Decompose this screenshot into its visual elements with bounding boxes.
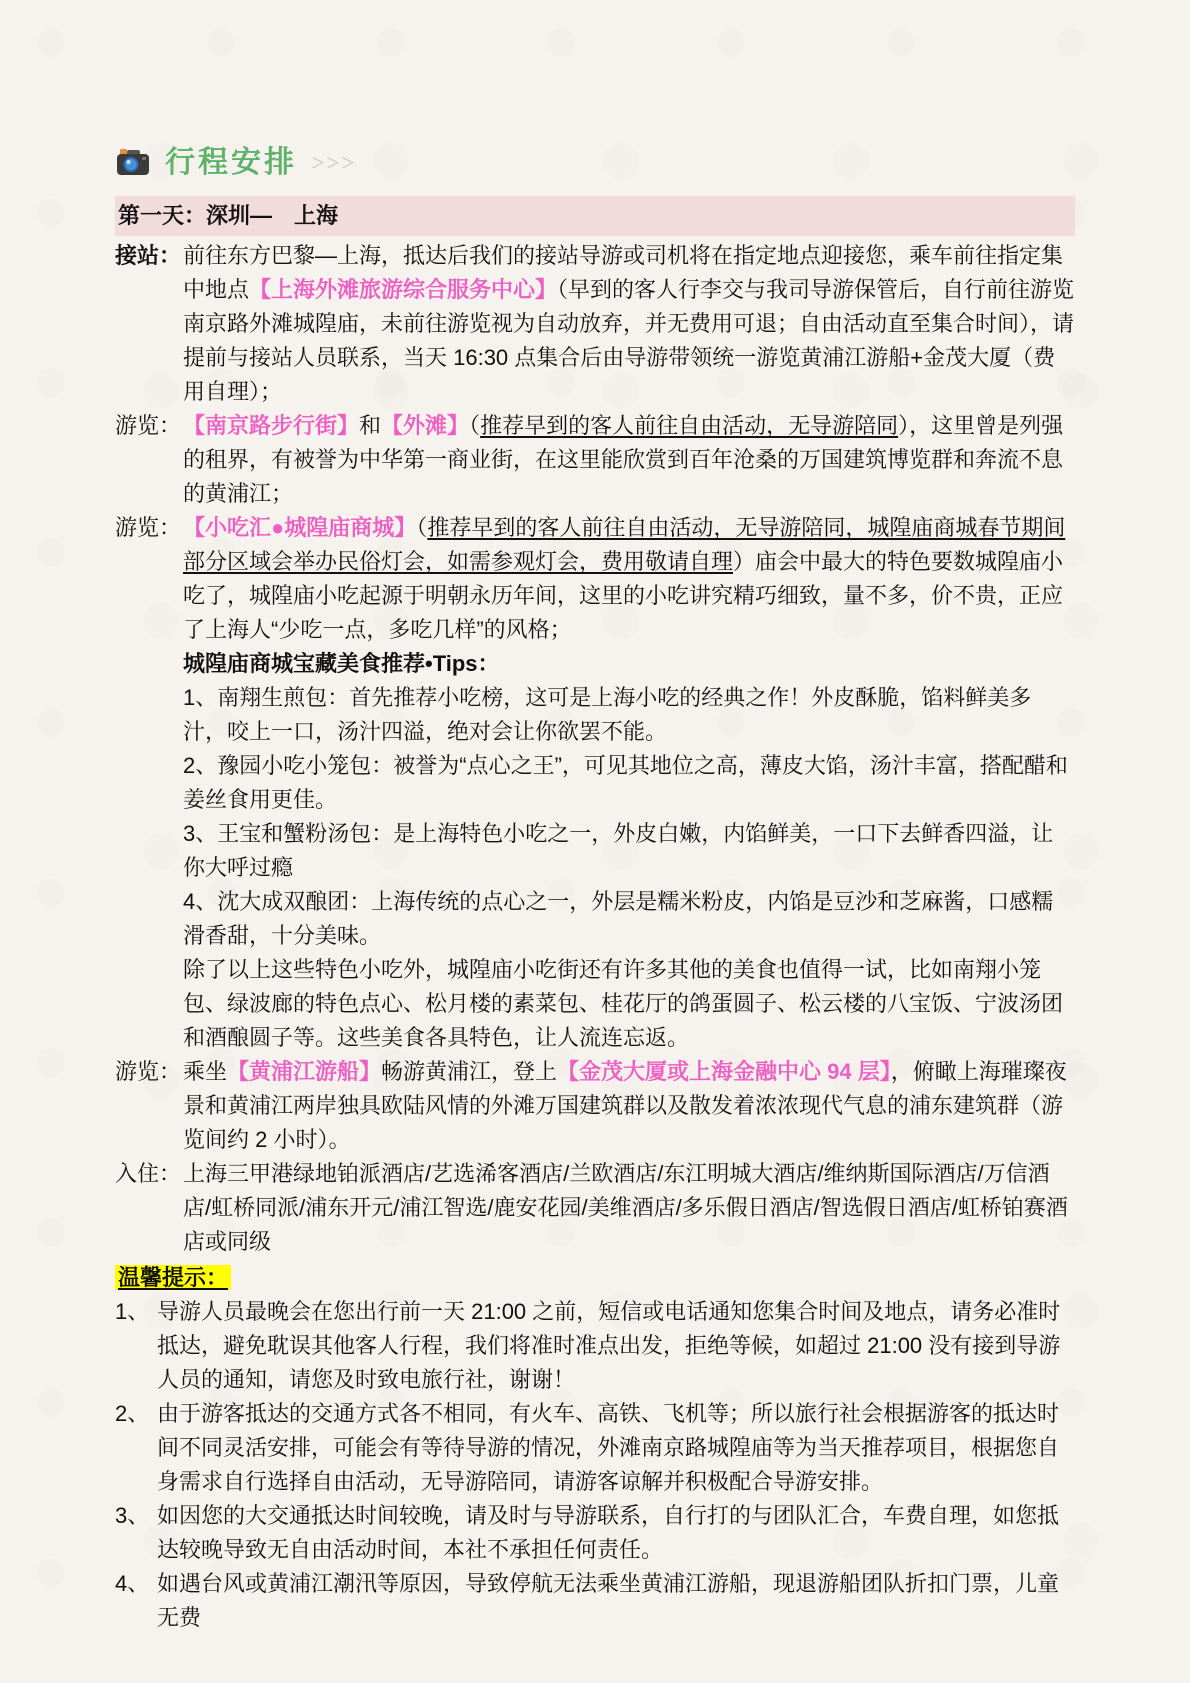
tour3-pre: 乘坐 (183, 1059, 227, 1084)
pickup-venue-highlight: 【上海外滩旅游综合服务中心】 (249, 277, 557, 302)
tour-row-huangpu-cruise: 游览： 乘坐【黄浦江游船】畅游黄浦江，登上【金茂大厦或上海金融中心 94 层】，… (115, 1055, 1075, 1157)
pickup-label: 接站： (115, 239, 183, 409)
hotel-list: 上海三甲港绿地铂派酒店/艺选浠客酒店/兰欧酒店/东江明城大酒店/维纳斯国际酒店/… (183, 1157, 1075, 1259)
tour2-spot-snack-mall: 【小吃汇●城隍庙商城】 (183, 515, 416, 540)
tour1-and: 和 (359, 413, 381, 438)
hotel-row: 入住： 上海三甲港绿地铂派酒店/艺选浠客酒店/兰欧酒店/东江明城大酒店/维纳斯国… (115, 1157, 1075, 1259)
notice-item-1-num: 1、 (115, 1295, 157, 1397)
tour1-underlined-note: 推荐早到的客人前往自由活动，无导游陪同 (480, 413, 898, 438)
notice-item-1-text: 导游人员最晚会在您出行前一天 21:00 之前，短信或电话通知您集合时间及地点，… (157, 1295, 1075, 1397)
notice-item-2-text: 由于游客抵达的交通方式各不相同，有火车、高铁、飞机等；所以旅行社会根据游客的抵达… (157, 1397, 1075, 1499)
tour2-label: 游览： (115, 511, 183, 647)
day-banner: 第一天：深圳— 上海 (115, 196, 1075, 236)
notice-item-4-num: 4、 (115, 1567, 157, 1635)
itinerary-page: 行程安排 ＞＞＞ 第一天：深圳— 上海 接站： 前往东方巴黎—上海，抵达后我们的… (0, 0, 1190, 1635)
notice-item-4-text: 如遇台风或黄浦江潮汛等原因，导致停航无法乘坐黄浦江游船，现退游船团队折扣门票，儿… (157, 1567, 1075, 1635)
tour2-content: 【小吃汇●城隍庙商城】（推荐早到的客人前往自由活动，无导游陪同，城隍庙商城春节期… (183, 511, 1075, 647)
food-tip-item-4: 4、沈大成双酿团：上海传统的点心之一，外层是糯米粉皮，内馅是豆沙和芝麻酱，口感糯… (183, 885, 1075, 953)
tour-row-nanjing-bund: 游览： 【南京路步行街】和【外滩】（推荐早到的客人前往自由活动，无导游陪同），这… (115, 409, 1075, 511)
food-tip-item-1: 1、南翔生煎包：首先推荐小吃榜，这可是上海小吃的经典之作！外皮酥脆，馅料鲜美多汁… (183, 681, 1075, 749)
camera-icon (115, 147, 151, 179)
tour1-spot-bund: 【外滩】 (381, 413, 469, 438)
food-tip-item-3: 3、王宝和蟹粉汤包：是上海特色小吃之一，外皮白嫩，内馅鲜美，一口下去鲜香四溢，让… (183, 817, 1075, 885)
notice-title-highlight: 温馨提示： (115, 1265, 231, 1290)
food-tip-item-2: 2、豫园小吃小笼包：被誉为“点心之王”，可见其地位之高，薄皮大馅，汤汁丰富，搭配… (183, 749, 1075, 817)
tour-row-chenghuang-mall: 游览： 【小吃汇●城隍庙商城】（推荐早到的客人前往自由活动，无导游陪同，城隍庙商… (115, 511, 1075, 647)
tour1-paren: （ (469, 413, 480, 438)
tour1-content: 【南京路步行街】和【外滩】（推荐早到的客人前往自由活动，无导游陪同），这里曾是列… (183, 409, 1075, 511)
notice-item-3: 3、 如因您的大交通抵达时间较晚，请及时与导游联系，自行打的与团队汇合，车费自理… (115, 1499, 1075, 1567)
notice-item-1: 1、 导游人员最晚会在您出行前一天 21:00 之前，短信或电话通知您集合时间及… (115, 1295, 1075, 1397)
tour1-spot-nanjing-road: 【南京路步行街】 (183, 413, 359, 438)
section-header: 行程安排 ＞＞＞ (115, 140, 1075, 186)
tour2-paren: （ (416, 515, 427, 540)
notice-item-4: 4、 如遇台风或黄浦江潮汛等原因，导致停航无法乘坐黄浦江游船，现退游船团队折扣门… (115, 1567, 1075, 1635)
food-tips-closing: 除了以上这些特色小吃外，城隍庙小吃街还有许多其他的美食也值得一试，比如南翔小笼包… (183, 953, 1075, 1055)
notice-item-3-text: 如因您的大交通抵达时间较晚，请及时与导游联系，自行打的与团队汇合，车费自理，如您… (157, 1499, 1075, 1567)
tour3-label: 游览： (115, 1055, 183, 1157)
page-title: 行程安排 (165, 146, 297, 180)
notice-item-2: 2、 由于游客抵达的交通方式各不相同，有火车、高铁、飞机等；所以旅行社会根据游客… (115, 1397, 1075, 1499)
food-tips-title: 城隍庙商城宝藏美食推荐•Tips： (183, 647, 1075, 681)
notice-item-2-num: 2、 (115, 1397, 157, 1499)
pickup-row: 接站： 前往东方巴黎—上海，抵达后我们的接站导游或司机将在指定地点迎接您，乘车前… (115, 239, 1075, 409)
tour1-label: 游览： (115, 409, 183, 511)
notice-item-3-num: 3、 (115, 1499, 157, 1567)
tour3-spot-cruise: 【黄浦江游船】 (227, 1059, 381, 1084)
tour3-mid: 畅游黄浦江，登上 (381, 1059, 557, 1084)
tour3-content: 乘坐【黄浦江游船】畅游黄浦江，登上【金茂大厦或上海金融中心 94 层】，俯瞰上海… (183, 1055, 1075, 1157)
notice-title-line: 温馨提示： (115, 1261, 1075, 1295)
tour3-spot-jinmao: 【金茂大厦或上海金融中心 94 层】 (557, 1059, 891, 1084)
day-banner-text: 第一天：深圳— 上海 (118, 203, 338, 228)
hotel-label: 入住： (115, 1157, 183, 1259)
chevrons-decor: ＞＞＞ (311, 146, 356, 186)
pickup-content: 前往东方巴黎—上海，抵达后我们的接站导游或司机将在指定地点迎接您，乘车前往指定集… (183, 239, 1075, 409)
